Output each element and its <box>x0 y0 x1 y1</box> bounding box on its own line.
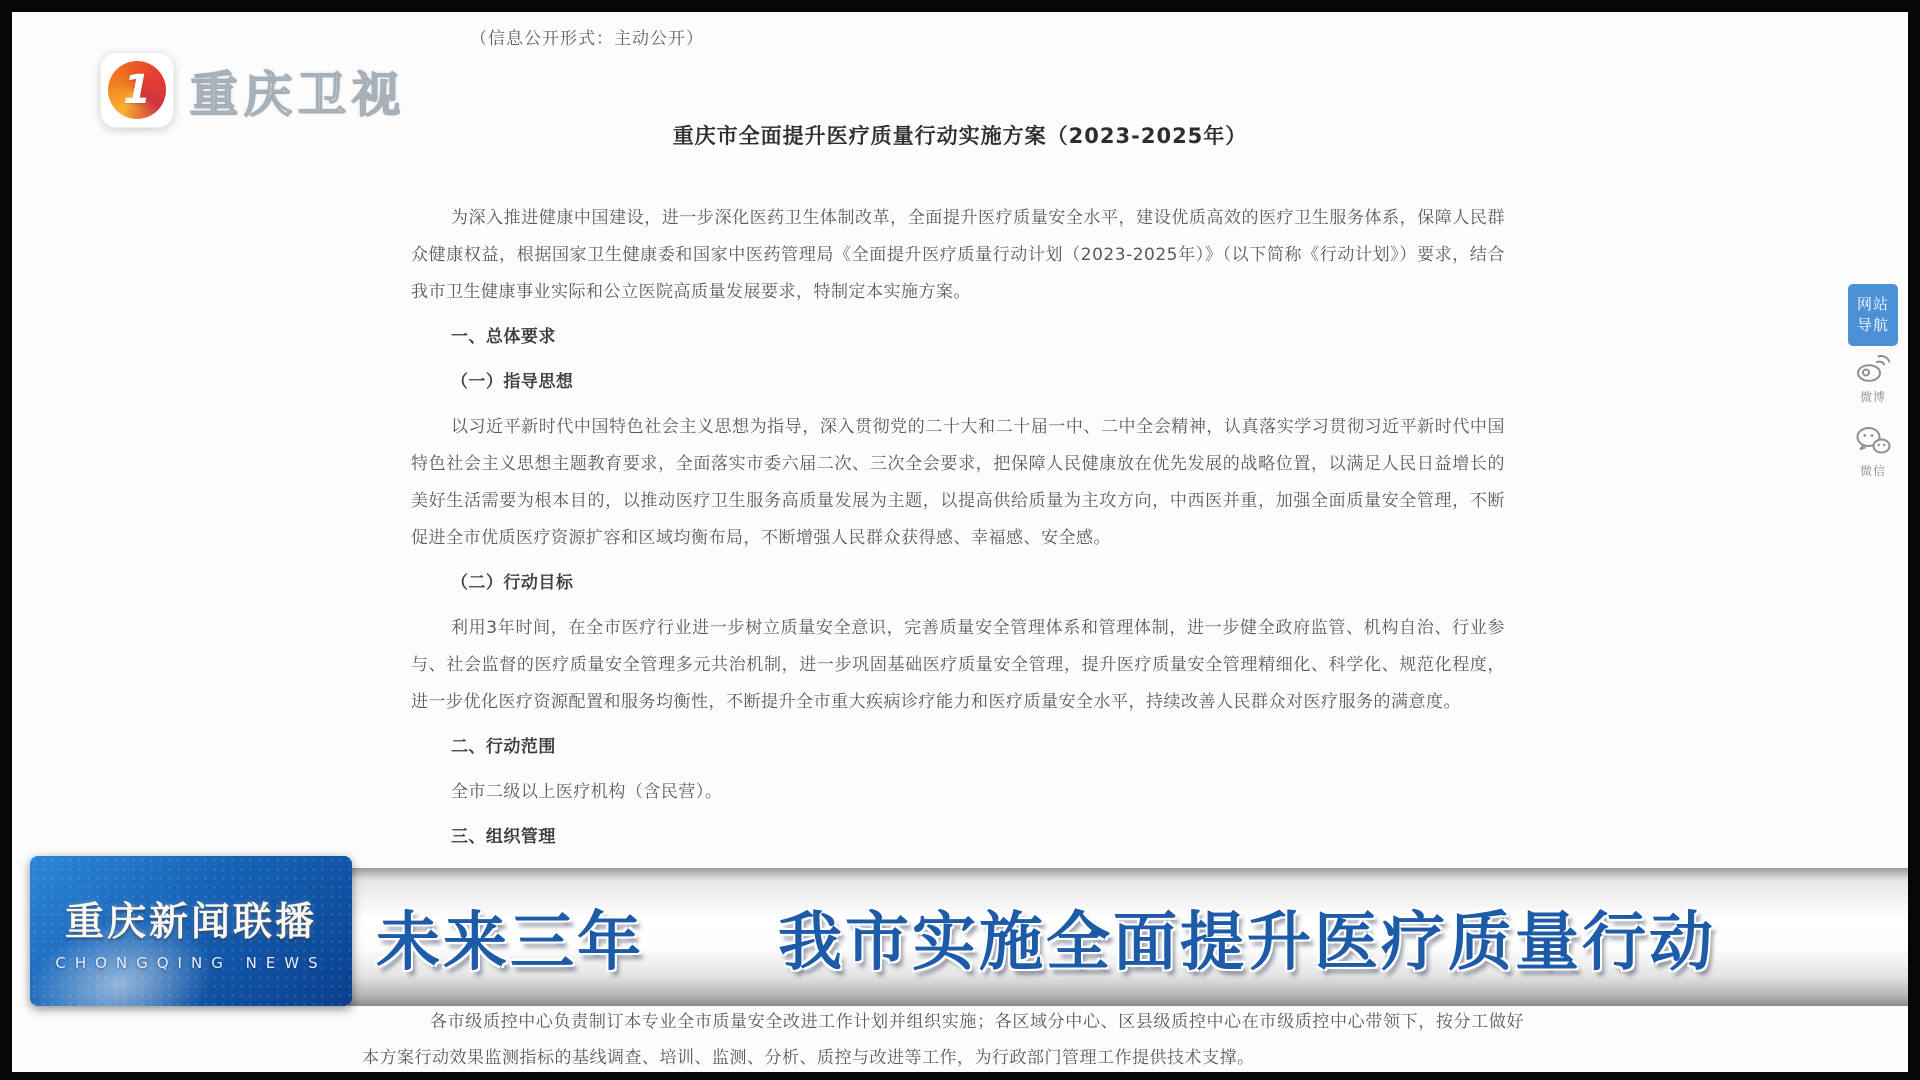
program-logo-box: 重庆新闻联播 CHONGQING NEWS <box>30 856 352 1006</box>
chongqing-tv-logo-icon: 1 <box>100 52 174 128</box>
doc-heading: （二）行动目标 <box>411 565 1505 602</box>
doc-heading: （一）指导思想 <box>411 364 1505 401</box>
weibo-icon[interactable] <box>1855 373 1891 387</box>
site-nav-button[interactable]: 网站 导航 <box>1848 284 1898 346</box>
doc-paragraph: 为深入推进健康中国建设，进一步深化医药卫生体制改革，全面提升医疗质量安全水平，建… <box>411 200 1505 311</box>
station-watermark: 1 重庆卫视 <box>100 52 406 128</box>
document-blocks: 为深入推进健康中国建设，进一步深化医药卫生体制改革，全面提升医疗质量安全水平，建… <box>411 200 1505 856</box>
logo-one-glyph: 1 <box>108 61 166 119</box>
document-continuation: 各市级质控中心负责制订本专业全市质量安全改进工作计划并组织实施；各区域分中心、区… <box>362 1004 1524 1072</box>
doc-heading: 三、组织管理 <box>411 819 1505 856</box>
wechat-icon[interactable] <box>1854 447 1892 461</box>
news-banner: 未来三年 我市实施全面提升医疗质量行动 <box>348 868 1908 1006</box>
station-name: 重庆卫视 <box>190 56 406 125</box>
document-title: 重庆市全面提升医疗质量行动实施方案（2023-2025年） <box>12 120 1908 150</box>
doc-paragraph: 全市二级以上医疗机构（含民营）。 <box>411 774 1505 811</box>
site-nav-label-line1: 网站 <box>1857 294 1889 315</box>
program-title: 重庆新闻联播 <box>65 891 317 947</box>
logo-circle: 1 <box>108 61 166 119</box>
weibo-label: 微博 <box>1846 388 1900 405</box>
doc-heading: 一、总体要求 <box>411 319 1505 356</box>
program-subtitle: CHONGQING NEWS <box>55 954 326 972</box>
news-headline: 未来三年 我市实施全面提升医疗质量行动 <box>376 868 1716 1006</box>
webpage: （信息公开形式：主动公开） 1 重庆卫视 重庆市全面提升医疗质量行动实施方案（2… <box>12 12 1908 1072</box>
weibo-share[interactable]: 微博 <box>1846 352 1900 405</box>
wechat-label: 微信 <box>1846 462 1900 479</box>
doc-paragraph: 以习近平新时代中国特色社会主义思想为指导，深入贯彻党的二十大和二十届一中、二中全… <box>411 409 1505 557</box>
doc-paragraph: 利用3年时间，在全市医疗行业进一步树立质量安全意识，完善质量安全管理体系和管理体… <box>411 610 1505 721</box>
site-nav-label-line2: 导航 <box>1857 315 1889 336</box>
doc-heading: 二、行动范围 <box>411 729 1505 766</box>
wechat-share[interactable]: 微信 <box>1846 424 1900 479</box>
disclosure-note: （信息公开形式：主动公开） <box>470 24 704 49</box>
video-frame: （信息公开形式：主动公开） 1 重庆卫视 重庆市全面提升医疗质量行动实施方案（2… <box>0 0 1920 1080</box>
